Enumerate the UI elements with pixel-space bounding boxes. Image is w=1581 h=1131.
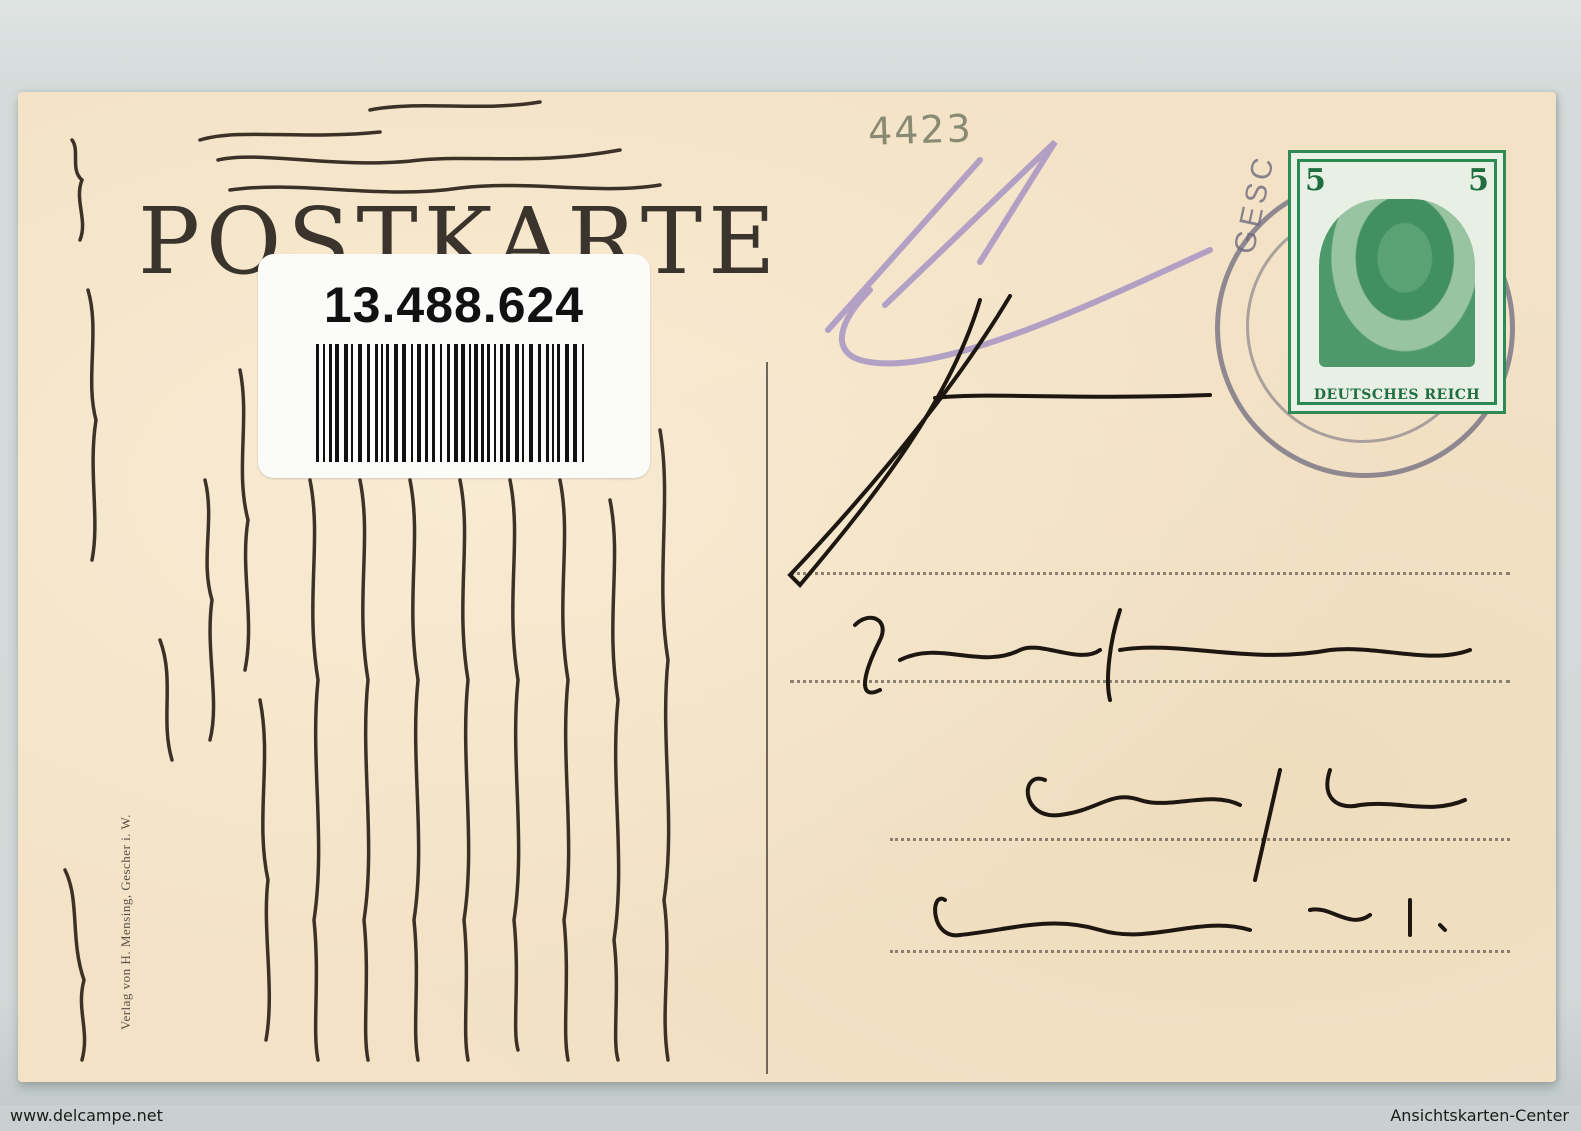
address-line-2 [790,680,1510,683]
stamp-country: DEUTSCHES REICH [1291,387,1503,403]
address-line-1 [790,572,1510,575]
stamp-value-left: 5 [1305,163,1326,198]
germania-portrait-icon [1319,199,1475,367]
stamp-value-right: 5 [1468,163,1489,198]
catalog-number: 13.488.624 [258,276,650,334]
catalog-sticker: 13.488.624 [258,254,650,478]
watermark-right: Ansichtskarten-Center [1390,1106,1569,1125]
card-divider-line [766,362,768,1074]
watermark-left: www.delcampe.net [10,1106,163,1125]
address-line-4 [890,950,1510,953]
barcode-icon [316,344,591,462]
address-line-3 [890,838,1510,841]
pencil-note: 4423 [867,106,973,154]
postage-stamp: 5 5 DEUTSCHES REICH [1288,150,1506,414]
publisher-imprint: Verlag von H. Mensing, Gescher i. W. [118,814,134,1030]
